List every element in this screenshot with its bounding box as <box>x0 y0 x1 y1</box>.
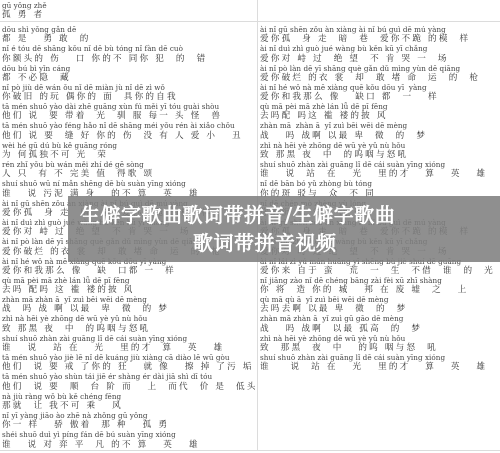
lyric-hanzi-line: 他们 说 要 缝 好 你的 伤 没 有 人 爱 小 丑 <box>2 131 256 141</box>
lyric-pinyin-line: dōu bú bì yǐn cáng <box>2 64 256 73</box>
lyric-pinyin-line: tā mén shuō yào jiè lē nǐ dē kuáng jiù x… <box>2 353 256 362</box>
lyric-pinyin-line: nǐ jiāng zào nǐ dē chéng bāng zài fèi xū… <box>260 276 498 285</box>
lyric-hanzi-line: 爱你对 峙 过 绝 望 不 肯 哭 一 场 <box>260 54 498 64</box>
lyric-hanzi-line: 他们 说 要 带着 光 驯 服 每一 头 怪 兽 <box>2 111 256 121</box>
lyric-hanzi-line: 谁 说 站 在 光 里的才 算 英 雄 <box>2 343 256 353</box>
lyric-hanzi-line: 爱你破烂 的衣 裳 却 敢 堵 命 运 的 枪 <box>260 73 498 83</box>
lyric-hanzi-line: 你 将 造 你的 城 邦 在 废 墟 之 上 <box>260 285 498 295</box>
lyric-hanzi-line: 爱你孤 身 走 暗 巷 爱你不跪 的模 样 <box>260 34 498 44</box>
lyric-pinyin-line: shuí shuō wū ní mǎn shēng dē bù suàn yīn… <box>2 179 256 188</box>
lyric-hanzi-line: 都 是 勇 敢 的 <box>2 34 256 44</box>
lyric-pinyin-line: shuí shuō zhàn zài guāng lǐ dē cái suàn … <box>260 353 498 362</box>
lyric-hanzi-line: 致 那黑 夜 中 的呜 咽与怒 吼 <box>260 343 498 353</box>
overlay-title-line2: 歌词带拼音视频 <box>193 227 337 256</box>
lyric-pinyin-line: ài nǐ gū shēn zǒu àn xiàng ài nǐ bú guì … <box>260 25 498 34</box>
lyric-pinyin-line: qù mā pèi mā zhè lán lǚ dē pī fēng <box>2 276 256 285</box>
lyric-pinyin-line: tā mén shuō yào shùn tái jiē ér shàng ér… <box>2 372 256 381</box>
lyric-hanzi-line: 那就 让 我不可 乘 风 <box>2 401 256 411</box>
lyric-hanzi-line: 为 何孤独不可 光 荣 <box>2 150 256 160</box>
header-cell-right <box>260 1 498 21</box>
lyric-pinyin-line: wèi hé gū dú bù kě guāng róng <box>2 141 256 150</box>
lyric-pinyin-line: nǐ yī yàng jiāo ào zhē nà zhǒng gū yǒng <box>2 411 256 420</box>
song-title-hanzi: 孤 勇 者 <box>2 10 256 20</box>
lyric-hanzi-line: 去吗去啊 以最 卑 微 的 梦 <box>260 304 498 314</box>
lyric-hanzi-line: 他们 说 要 戒 了你的 狂 就 像 擦 掉 了污 垢 <box>2 362 256 372</box>
lyric-pinyin-line: nà jiù ràng wǒ bù kě chéng fēng <box>2 392 256 401</box>
lyric-hanzi-line: 他们 说 要 顺 台 阶 而 上 而代 价 是 低头 <box>2 382 256 392</box>
lyric-pinyin-line: nǐ é tóu dē shāng kǒu nǐ dē bù tóng nǐ f… <box>2 44 256 53</box>
lyric-hanzi-line: 你一 样 骄 傲着 那 种 孤 勇 <box>2 420 256 430</box>
overlay-title-line1: 生僻字歌曲歌词带拼音/生僻字歌曲 <box>80 199 395 228</box>
lyric-pinyin-line: dōu shì yǒng gǎn dē <box>2 25 256 34</box>
lyric-hanzi-line: 战 吗 战啊 以最 孤高 的 梦 <box>260 324 498 334</box>
lyric-hanzi-line: 战 吗 战 啊 以最 卑 微 的 梦 <box>2 304 256 314</box>
lyric-pinyin-line: shuí shuō zhàn zài guāng lǐ dē cái suàn … <box>2 334 256 343</box>
header-cell-left: gū yǒng zhě 孤 勇 者 <box>2 1 256 21</box>
lyric-hanzi-line: 人 只 有 不 完美 值 得歌 颂 <box>2 169 256 179</box>
lyric-hanzi-line: 去吗 配吗 这 褴 褛的披 风 <box>2 285 256 295</box>
lyric-hanzi-line: 你破旧 的玩 偶你的 面 具你的自我 <box>2 92 256 102</box>
lyric-hanzi-line: 爱你来 自于 蛮 荒 一 生 不借 谁 的 光 <box>260 266 498 276</box>
lyric-pinyin-line: ài nǐ hé wǒ nà mē xiàng quē kǒu dōu yī y… <box>260 83 498 92</box>
lyric-pinyin-line: zhì nà hēi yè zhōng dē wū yè yǔ nù hǒu <box>2 314 256 323</box>
lyric-pinyin-line: shuí shuō zhàn zài guāng lǐ dē cái suàn … <box>260 160 498 169</box>
lyric-pinyin-line: rén zhǐ yǒu bù wán měi zhí dé gē sòng <box>2 160 256 169</box>
lyric-pinyin-line: zhì nà hēi yè zhōng dē wū yè yǔ nù hǒu <box>260 141 498 150</box>
lyric-hanzi-line: 致 那黑 夜 中 的呜咽与怒吼 <box>260 150 498 160</box>
lyric-hanzi-line: 你额头的 伤 口 你的不 同你 犯 的 错 <box>2 54 256 64</box>
lyric-hanzi-line: 致 那黑 夜 中 的呜咽与怒吼 <box>2 324 256 334</box>
lyric-pinyin-line: nǐ dē bān bó yǔ zhòng bù tóng <box>260 179 498 188</box>
lyric-pinyin-line: shéi shuō duì yì píng fán dē bú suàn yīn… <box>2 430 256 439</box>
lyric-hanzi-line: 战 吗 战啊 以最 卑 微 的 梦 <box>260 131 498 141</box>
lyric-hanzi-line: 去吗配 吗这 褴 褛的披 风 <box>260 111 498 121</box>
song-title-pinyin: gū yǒng zhě <box>2 1 256 10</box>
lyric-hanzi-line: 谁 说 站 在 光 里的才 算 英 雄 <box>260 169 498 179</box>
lyric-pinyin-line: zhàn mā zhàn ā yǐ zuì gū gāo dē mèng <box>260 314 498 323</box>
lyric-hanzi-line: 爱你和我那么 像 缺口 都 一 样 <box>260 92 498 102</box>
lyric-pinyin-line: zhì nà hēi yè zhōng dē wū yè yǔ nù hǒu <box>260 334 498 343</box>
lyric-hanzi-line: 都 不必隐 藏 <box>2 73 256 83</box>
lyric-pinyin-line: zhàn mā zhàn ā yǐ zuì bēi wēi dē mèng <box>260 121 498 130</box>
lyric-hanzi-line: 谁 说 对 弈 平 凡 的不 算 英 雄 <box>2 440 256 450</box>
lyric-pinyin-line: nǐ pò jiù dē wán ǒu nǐ dē miàn jù nǐ dē … <box>2 83 256 92</box>
lyric-pinyin-line: ài nǐ duì zhì guò jué wàng bù kěn kū yī … <box>260 44 498 53</box>
title-overlay-banner: 生僻字歌曲歌词带拼音/生僻字歌曲 歌词带拼音视频 <box>68 196 500 262</box>
lyric-hanzi-line: 爱你和我那么 像 缺 口都 一 样 <box>2 266 256 276</box>
lyric-pinyin-line: ài nǐ pò làn dē yī shāng què gǎn dǔ mìng… <box>260 64 498 73</box>
lyric-pinyin-line: tā mén shuō yào féng hǎo nǐ dē shāng méi… <box>2 121 256 130</box>
lyric-hanzi-line: 谁 说 站 在 光 里的才 算 英 雄 <box>260 362 498 372</box>
